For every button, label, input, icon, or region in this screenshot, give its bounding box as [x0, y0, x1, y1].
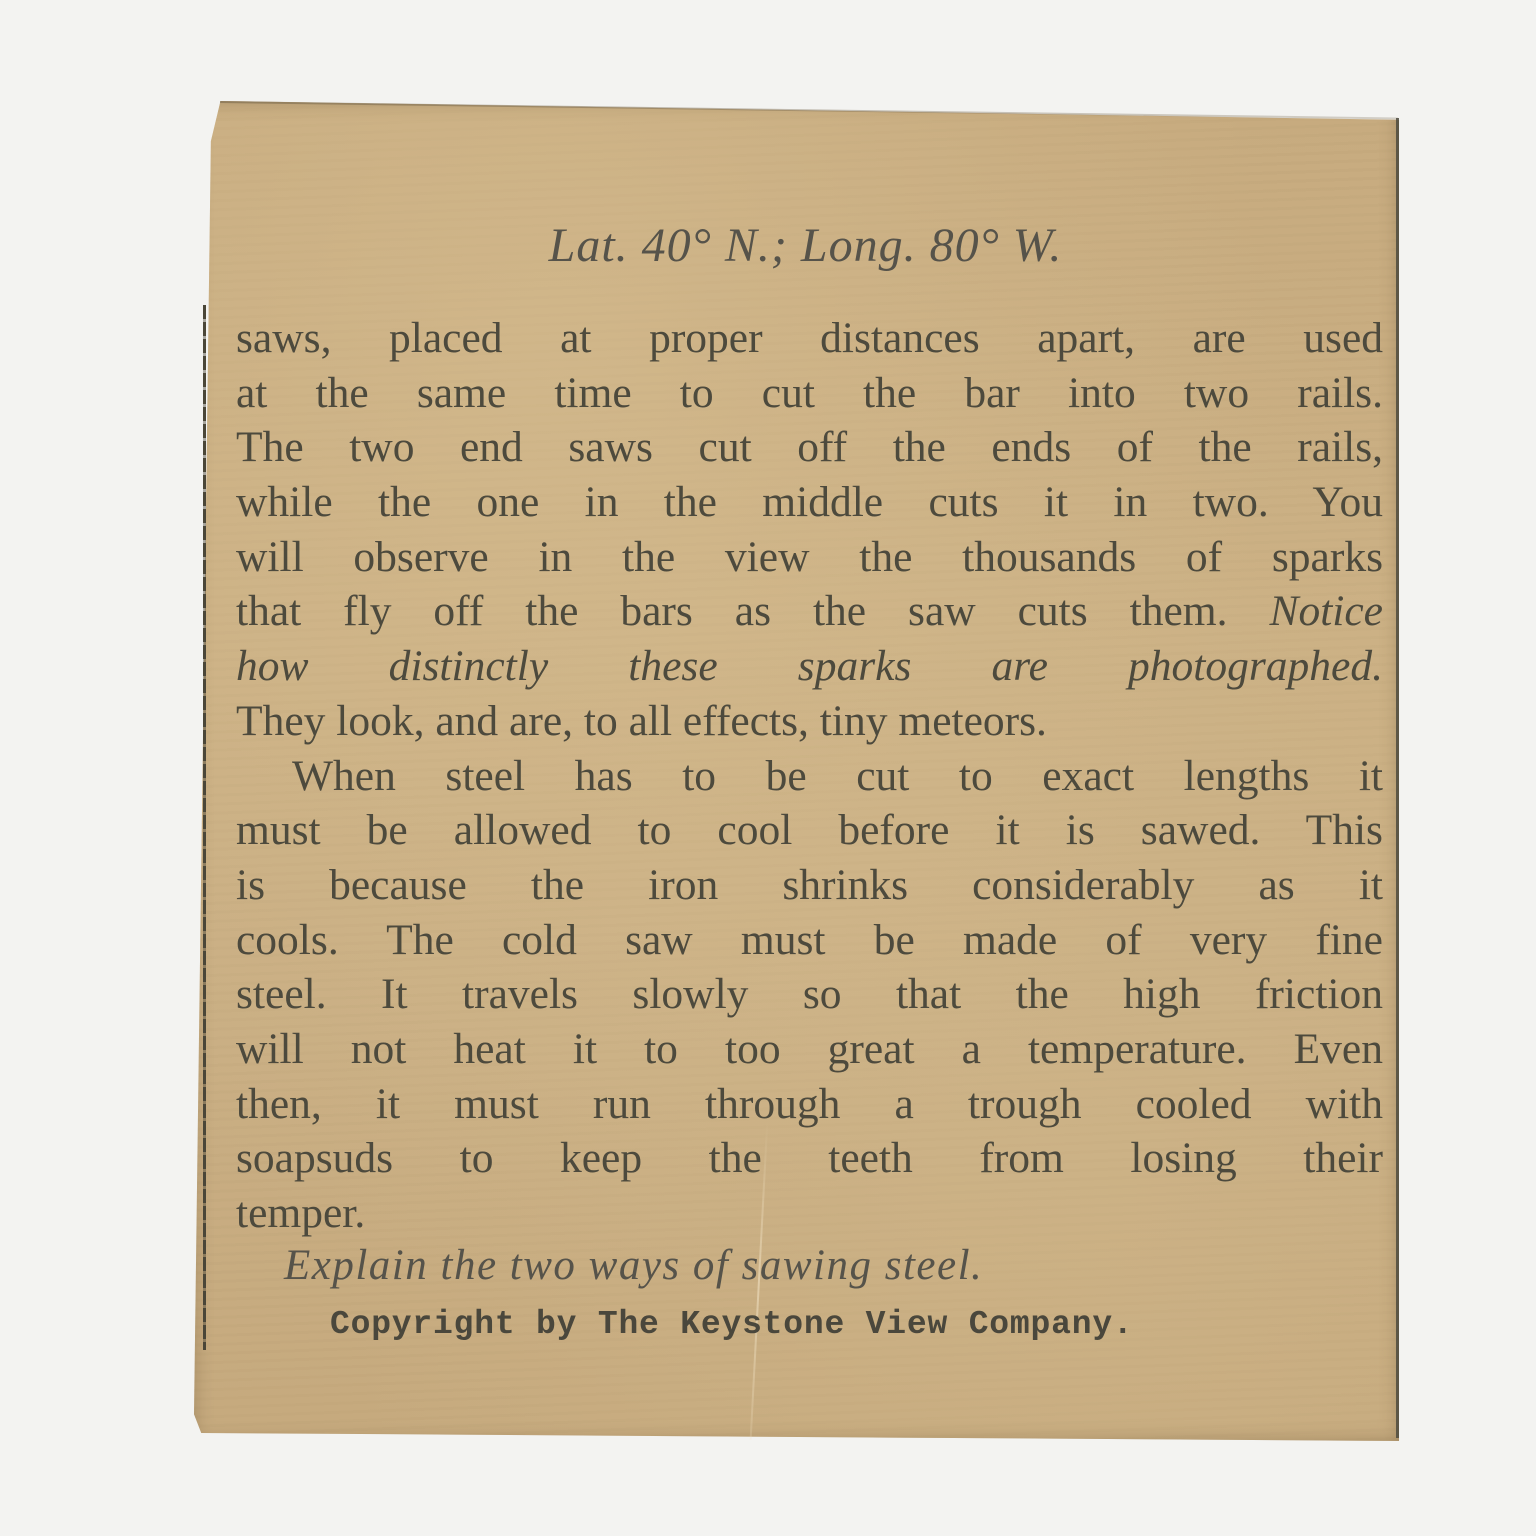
text-line: steel. It travels slowly so that the hig…: [236, 967, 1383, 1022]
body-text: saws, placed at proper distances apart, …: [236, 311, 1383, 1241]
text-line-mixed: that fly off the bars as the saw cuts th…: [236, 584, 1383, 639]
paragraph-start-line: When steel has to be cut to exact length…: [236, 749, 1383, 804]
text-line: saws, placed at proper distances apart, …: [236, 311, 1383, 366]
copyright-notice: Copyright by The Keystone View Company.: [330, 1306, 1134, 1343]
text-line-italic: how distinctly these sparks are photogra…: [236, 639, 1383, 694]
text-line: They look, and are, to all effects, tiny…: [236, 694, 1383, 749]
study-question: Explain the two ways of sawing steel.: [284, 1241, 983, 1290]
card-right-edge: [1396, 118, 1399, 1438]
text-line: while the one in the middle cuts it in t…: [236, 475, 1383, 530]
text-line: temper.: [236, 1186, 1383, 1241]
text-line: soapsuds to keep the teeth from losing t…: [236, 1131, 1383, 1186]
coordinates-heading: Lat. 40° N.; Long. 80° W.: [194, 218, 1399, 273]
text-line: cools. The cold saw must be made of very…: [236, 913, 1383, 968]
text-line: must be allowed to cool before it is saw…: [236, 803, 1383, 858]
text-line: then, it must run through a trough coole…: [236, 1077, 1383, 1132]
text-line: will observe in the view the thousands o…: [236, 530, 1383, 585]
text-line: at the same time to cut the bar into two…: [236, 366, 1383, 421]
text-line: The two end saws cut off the ends of the…: [236, 420, 1383, 475]
text-segment-italic: Notice: [1269, 587, 1383, 635]
left-border-rule: [203, 305, 206, 1350]
text-line: is because the iron shrinks considerably…: [236, 858, 1383, 913]
text-segment-roman: that fly off the bars as the saw cuts th…: [236, 587, 1269, 635]
text-line: will not heat it to too great a temperat…: [236, 1022, 1383, 1077]
